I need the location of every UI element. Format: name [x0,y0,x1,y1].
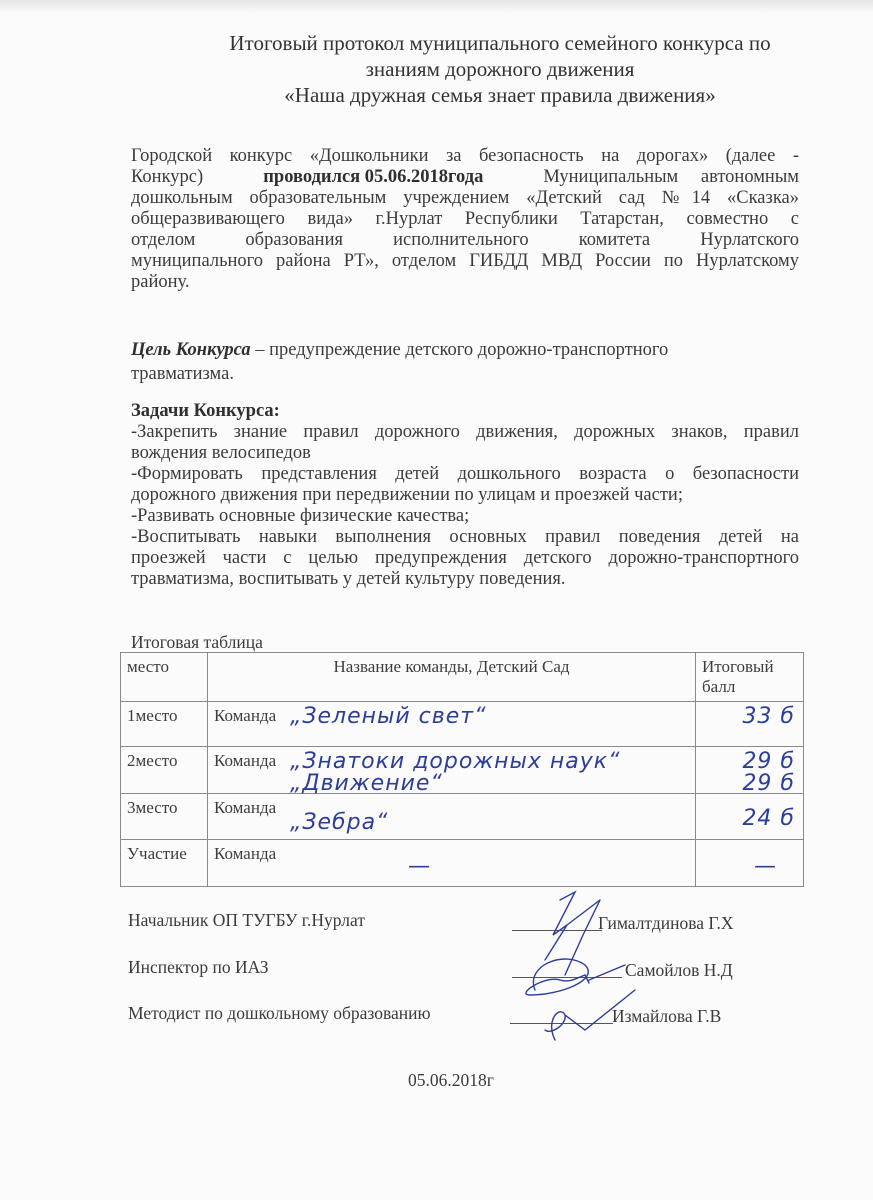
title-line-2: знаниям дорожного движения [150,56,850,82]
task-line: -Воспитывать навыки выполнения основных … [131,527,799,548]
row-place: 3место [121,794,208,840]
score-handwritten: 33 б [742,704,795,729]
table-row: 1место Команда „Зеленый свет“ 33 б [121,702,804,747]
row-team: Команда „Знатоки дорожных наук“ „Движени… [208,747,696,794]
row-place: 1место [121,702,208,747]
goal-line-2: травматизма. [131,364,799,385]
goal-label: Цель Конкурса [131,340,251,360]
document-title: Итоговый протокол муниципального семейно… [150,30,850,108]
score-handwritten: 24 б [742,806,795,831]
team-prefix: Команда [214,844,276,863]
row-place: Участие [121,840,208,887]
row-score: 29 б 29 б [696,747,804,794]
intro-text: Конкурс) [131,167,203,188]
document-date: 05.06.2018г [408,1070,494,1091]
task-line: -Формировать представления детей дошколь… [131,464,799,485]
table-header-row: место Название команды, Детский Сад Итог… [121,653,804,702]
team-name-handwritten: „Зеленый свет“ [290,704,487,729]
intro-line: дошкольным образовательным учреждением «… [131,188,799,209]
header-score-line2: балл [702,677,797,697]
table-row: Участие Команда — — [121,840,804,887]
table-row: 3место Команда „Зебра“ 24 б [121,794,804,840]
scan-top-shadow [0,0,873,14]
task-line: -Развивать основные физические качества; [131,506,799,527]
task-line: травматизма, воспитывать у детей культур… [131,569,799,590]
header-score-line1: Итоговый [702,657,797,677]
tasks-list: -Закрепить знание правил дорожного движе… [131,422,799,590]
intro-line: району. [131,272,799,293]
table-caption: Итоговая таблица [131,632,263,653]
row-score: — [696,840,804,887]
table-row: 2место Команда „Знатоки дорожных наук“ „… [121,747,804,794]
intro-held-date: проводился 05.06.2018года [263,167,483,188]
team-prefix: Команда [214,706,276,725]
signature-scribbles [505,880,645,1050]
results-table: место Название команды, Детский Сад Итог… [120,652,804,887]
header-score: Итоговый балл [696,653,804,702]
row-place: 2место [121,747,208,794]
goal-line: Цель Конкурса – предупреждение детского … [131,340,799,361]
signatory-role: Методист по дошкольному образованию [128,1003,431,1024]
intro-line: Городской конкурс «Дошкольники за безопа… [131,146,799,167]
task-line: дорожного движения при передвижении по у… [131,485,799,506]
signatory-role: Инспектор по ИАЗ [128,957,269,978]
intro-paragraph: Городской конкурс «Дошкольники за безопа… [131,146,799,293]
intro-line: общеразвивающего вида» г.Нурлат Республи… [131,209,799,230]
team-prefix: Команда [214,751,276,770]
title-line-1: Итоговый протокол муниципального семейно… [150,30,850,56]
row-team: Команда „Зебра“ [208,794,696,840]
row-team: Команда „Зеленый свет“ [208,702,696,747]
score-handwritten-2: 29 б [742,771,795,796]
intro-line: отделом образования исполнительного коми… [131,230,799,251]
task-line: вождения велосипедов [131,443,799,464]
team-name-handwritten: — [408,854,431,879]
intro-line: муниципального района РТ», отделом ГИБДД… [131,251,799,272]
team-prefix: Команда [214,798,276,817]
header-team: Название команды, Детский Сад [208,653,696,702]
team-name-handwritten-2: „Движение“ [290,771,443,796]
signatory-role: Начальник ОП ТУГБУ г.Нурлат [128,910,365,931]
task-line: -Закрепить знание правил дорожного движе… [131,422,799,443]
row-score: 24 б [696,794,804,840]
title-line-3: «Наша дружная семья знает правила движен… [150,82,850,108]
intro-line: Конкурс) проводился 05.06.2018года Муниц… [131,167,799,188]
task-line: проезжей части с целью предупреждения де… [131,548,799,569]
header-place: место [121,653,208,702]
score-handwritten: — [754,854,777,879]
tasks-heading: Задачи Конкурса: [131,401,280,422]
goal-section: Цель Конкурса – предупреждение детского … [131,340,799,385]
row-score: 33 б [696,702,804,747]
team-name-handwritten: „Зебра“ [290,810,388,835]
intro-text: Муниципальным автономным [543,167,799,188]
goal-text: – предупреждение детского дорожно-трансп… [251,340,669,360]
